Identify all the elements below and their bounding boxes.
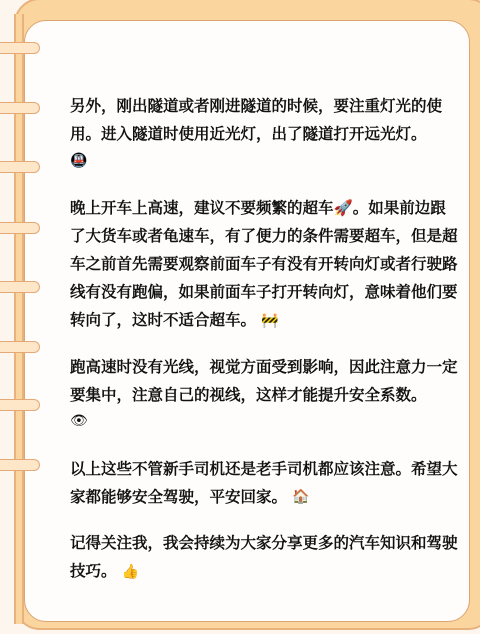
house-icon: 🏠 (292, 483, 309, 511)
binder-ring-icon (0, 102, 40, 114)
binder-ring-icon (0, 341, 40, 353)
paragraph-text: 另外，刚出隧道或者刚进隧道的时候，要注重灯光的使用。进入隧道时使用近光灯，出了隧… (70, 97, 442, 143)
binder-ring-icon (0, 459, 40, 471)
binder-ring-icon (0, 222, 40, 234)
paragraph-overtaking: 晚上开车上高速，建议不要频繁的超车🚀。如果前边跟了大货车或者龟速车，有了便力的条… (70, 194, 460, 335)
eye-icon: 👁 (70, 411, 88, 435)
construction-barrier-icon: 🚧 (261, 307, 278, 335)
binder-ring-icon (0, 399, 40, 411)
metro-icon: 🚇 (70, 151, 87, 175)
binder-ring-icon (0, 281, 40, 293)
paragraph-safety: 以上这些不管新手司机还是老手司机都应该注意。希望大家都能够安全驾驶，平安回家。 … (70, 455, 460, 512)
paragraph-follow: 记得关注我，我会持续为大家分享更多的汽车知识和驾驶技巧。 👍 (70, 529, 460, 586)
article-body: 另外，刚出隧道或者刚进隧道的时候，要注重灯光的使用。进入隧道时使用近光灯，出了隧… (70, 92, 460, 604)
paragraph-attention: 跑高速时没有光线，视觉方面受到影响，因此注意力一定要集中，注意自己的视线，这样才… (70, 353, 460, 437)
paragraph-text: 以上这些不管新手司机还是老手司机都应该注意。希望大家都能够安全驾驶，平安回家。 (70, 460, 458, 506)
thumbs-up-icon: 👍 (122, 558, 139, 586)
paragraph-tunnel-lights: 另外，刚出隧道或者刚进隧道的时候，要注重灯光的使用。进入隧道时使用近光灯，出了隧… (70, 92, 460, 176)
binder-ring-icon (0, 161, 40, 173)
paragraph-text: 跑高速时没有光线，视觉方面受到影响，因此注意力一定要集中，注意自己的视线，这样才… (70, 358, 458, 404)
binder-ring-icon (0, 42, 40, 54)
